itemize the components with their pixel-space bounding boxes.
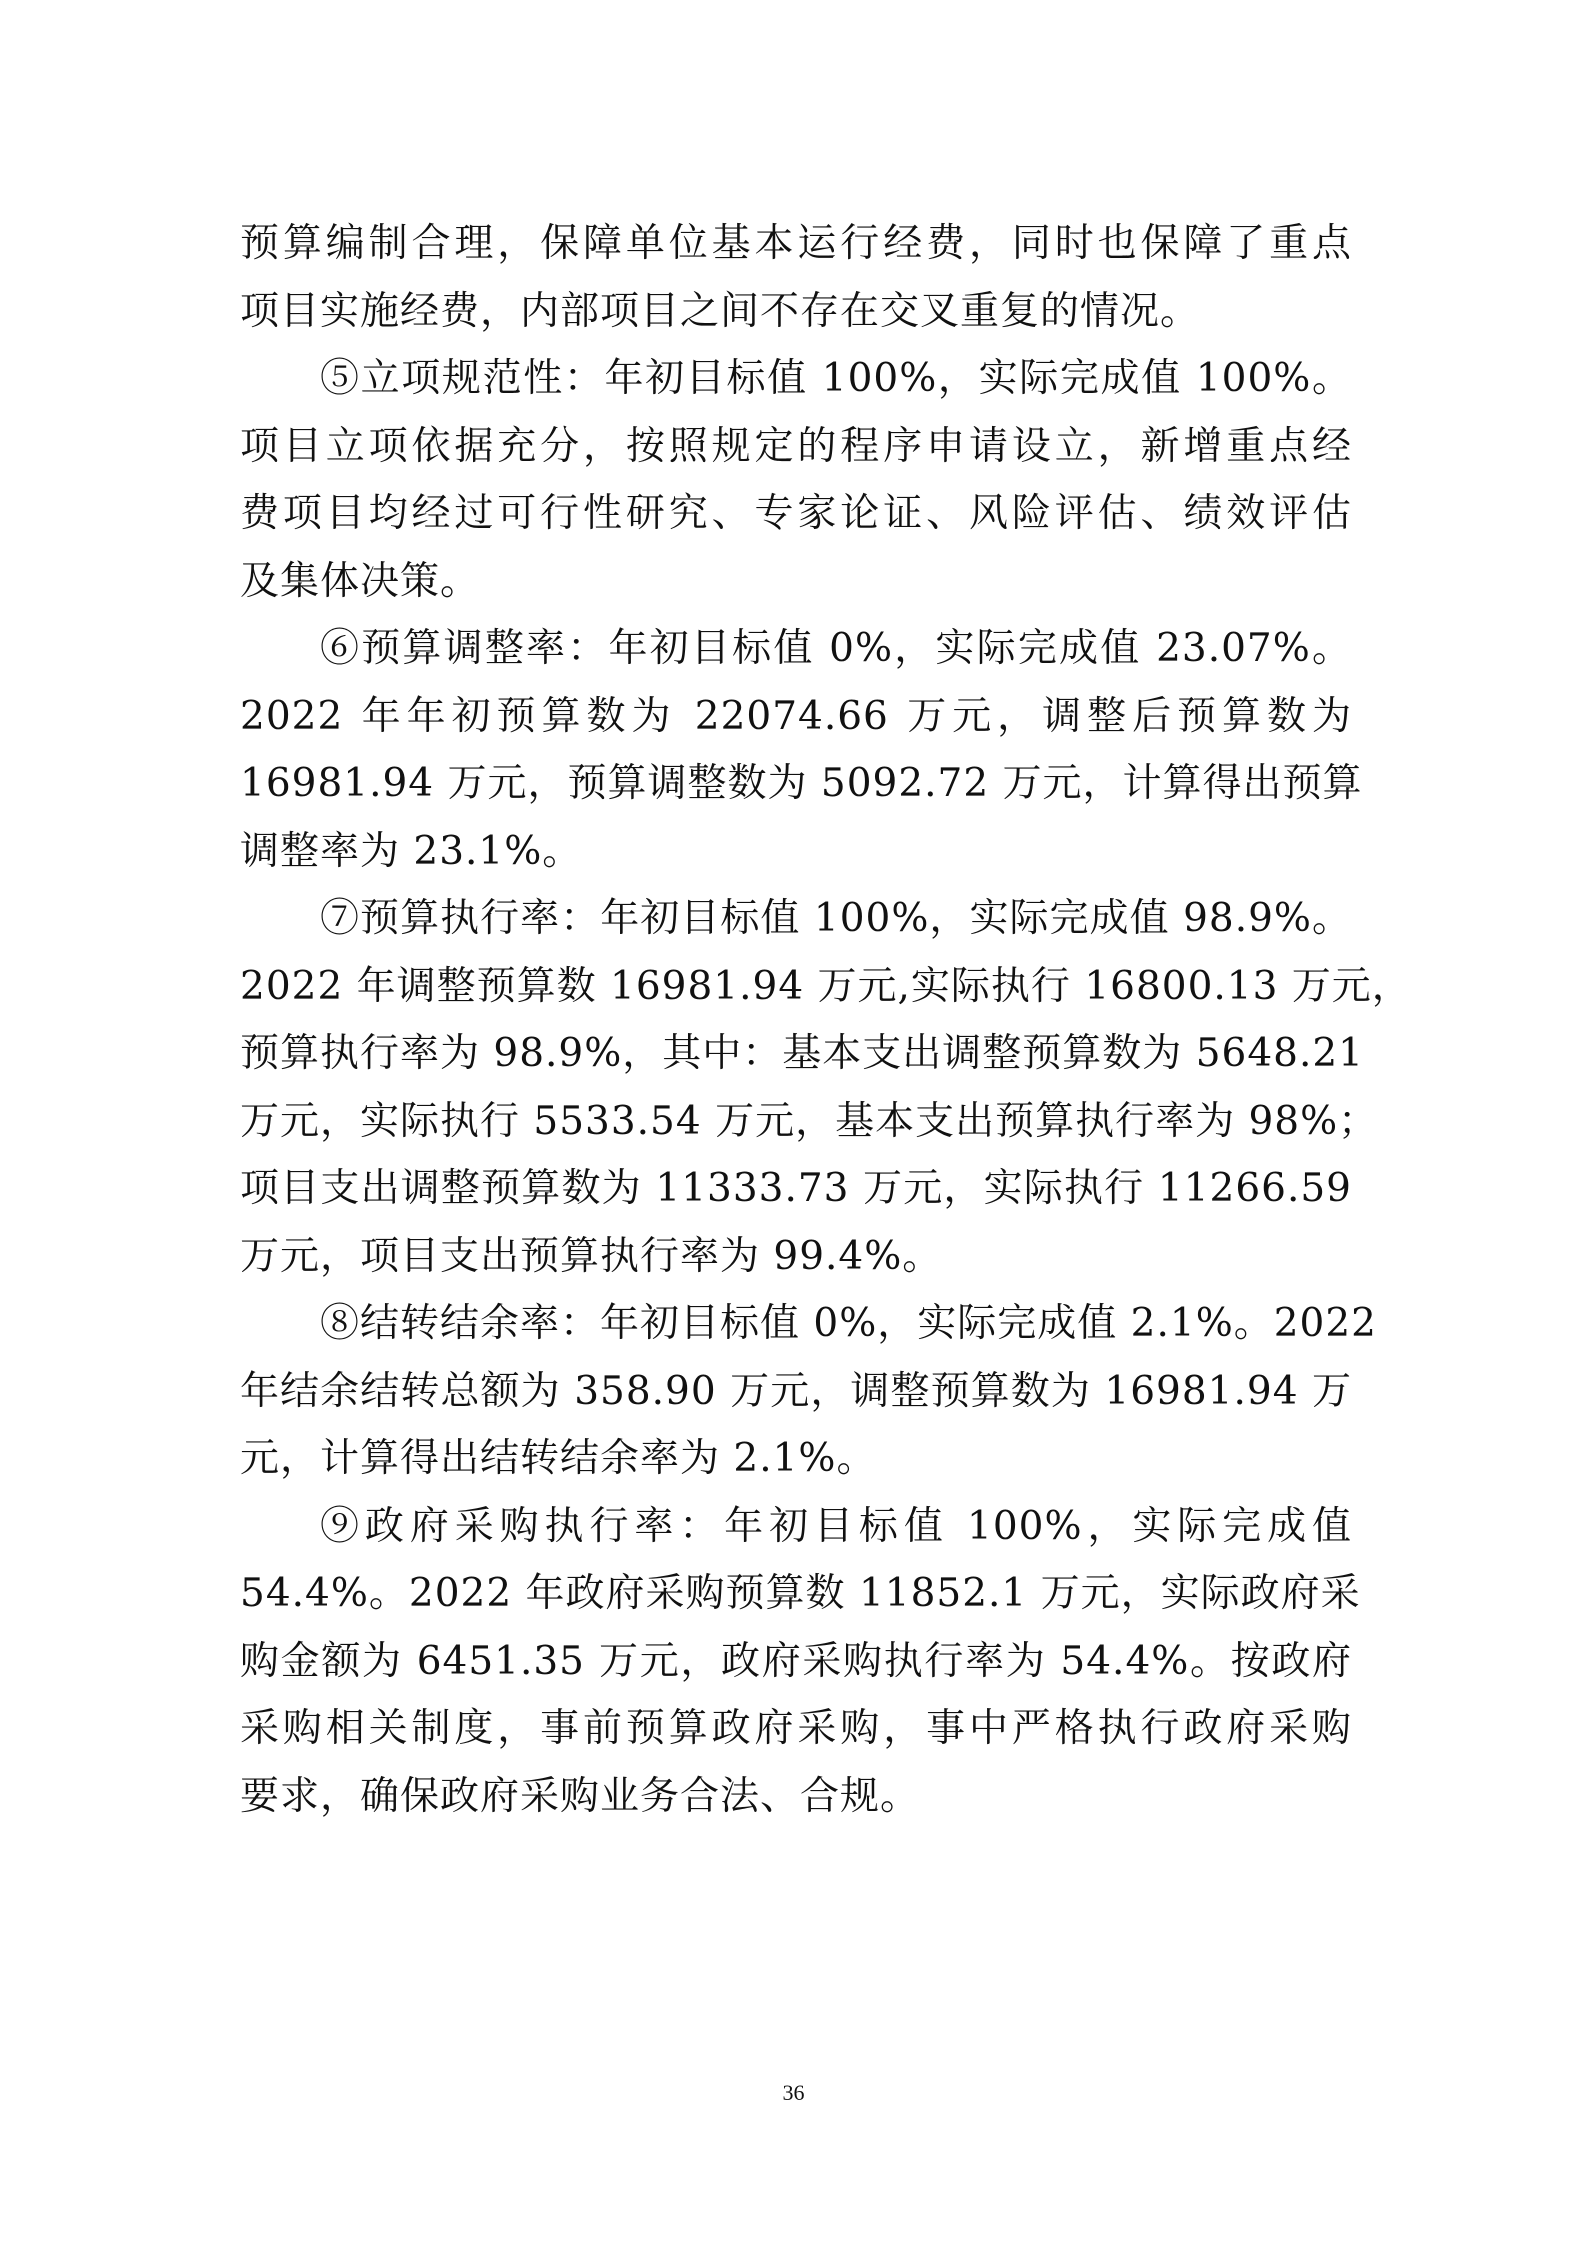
text-line: 要求，确保政府采购业务合法、合规。 bbox=[240, 1763, 1352, 1831]
text-line: 项目立项依据充分，按照规定的程序申请设立，新增重点经 bbox=[240, 413, 1352, 481]
text-line: 年结余结转总额为 358.90 万元，调整预算数为 16981.94 万 bbox=[240, 1358, 1352, 1426]
paragraph-6-heading: ⑥预算调整率：年初目标值 0%，实际完成值 23.07%。 bbox=[240, 615, 1352, 683]
text-line: 万元，项目支出预算执行率为 99.4%。 bbox=[240, 1223, 1352, 1291]
text-line: 及集体决策。 bbox=[240, 548, 1352, 616]
text-line: 费项目均经过可行性研究、专家论证、风险评估、绩效评估 bbox=[240, 480, 1352, 548]
paragraph-9-heading: ⑨政府采购执行率：年初目标值 100%，实际完成值 bbox=[240, 1493, 1352, 1561]
document-body: 预算编制合理，保障单位基本运行经费，同时也保障了重点 项目实施经费，内部项目之间… bbox=[240, 210, 1352, 1830]
text-line: 2022 年调整预算数 16981.94 万元,实际执行 16800.13 万元… bbox=[240, 953, 1352, 1021]
paragraph-8-heading: ⑧结转结余率：年初目标值 0%，实际完成值 2.1%。2022 bbox=[240, 1290, 1352, 1358]
text-line: 项目支出调整预算数为 11333.73 万元，实际执行 11266.59 bbox=[240, 1155, 1352, 1223]
text-line: 元，计算得出结转结余率为 2.1%。 bbox=[240, 1425, 1352, 1493]
paragraph-7-heading: ⑦预算执行率：年初目标值 100%，实际完成值 98.9%。 bbox=[240, 885, 1352, 953]
text-line: 购金额为 6451.35 万元，政府采购执行率为 54.4%。按政府 bbox=[240, 1628, 1352, 1696]
paragraph-5-heading: ⑤立项规范性：年初目标值 100%，实际完成值 100%。 bbox=[240, 345, 1352, 413]
text-line: 调整率为 23.1%。 bbox=[240, 818, 1352, 886]
text-line: 54.4%。2022 年政府采购预算数 11852.1 万元，实际政府采 bbox=[240, 1560, 1352, 1628]
text-line: 采购相关制度，事前预算政府采购，事中严格执行政府采购 bbox=[240, 1695, 1352, 1763]
text-line: 2022 年年初预算数为 22074.66 万元，调整后预算数为 bbox=[240, 683, 1352, 751]
text-line: 项目实施经费，内部项目之间不存在交叉重复的情况。 bbox=[240, 278, 1352, 346]
page-number: 36 bbox=[0, 2080, 1587, 2106]
text-line: 预算执行率为 98.9%，其中：基本支出调整预算数为 5648.21 bbox=[240, 1020, 1352, 1088]
text-line: 16981.94 万元，预算调整数为 5092.72 万元，计算得出预算 bbox=[240, 750, 1352, 818]
text-line: 预算编制合理，保障单位基本运行经费，同时也保障了重点 bbox=[240, 210, 1352, 278]
text-line: 万元，实际执行 5533.54 万元，基本支出预算执行率为 98%； bbox=[240, 1088, 1352, 1156]
